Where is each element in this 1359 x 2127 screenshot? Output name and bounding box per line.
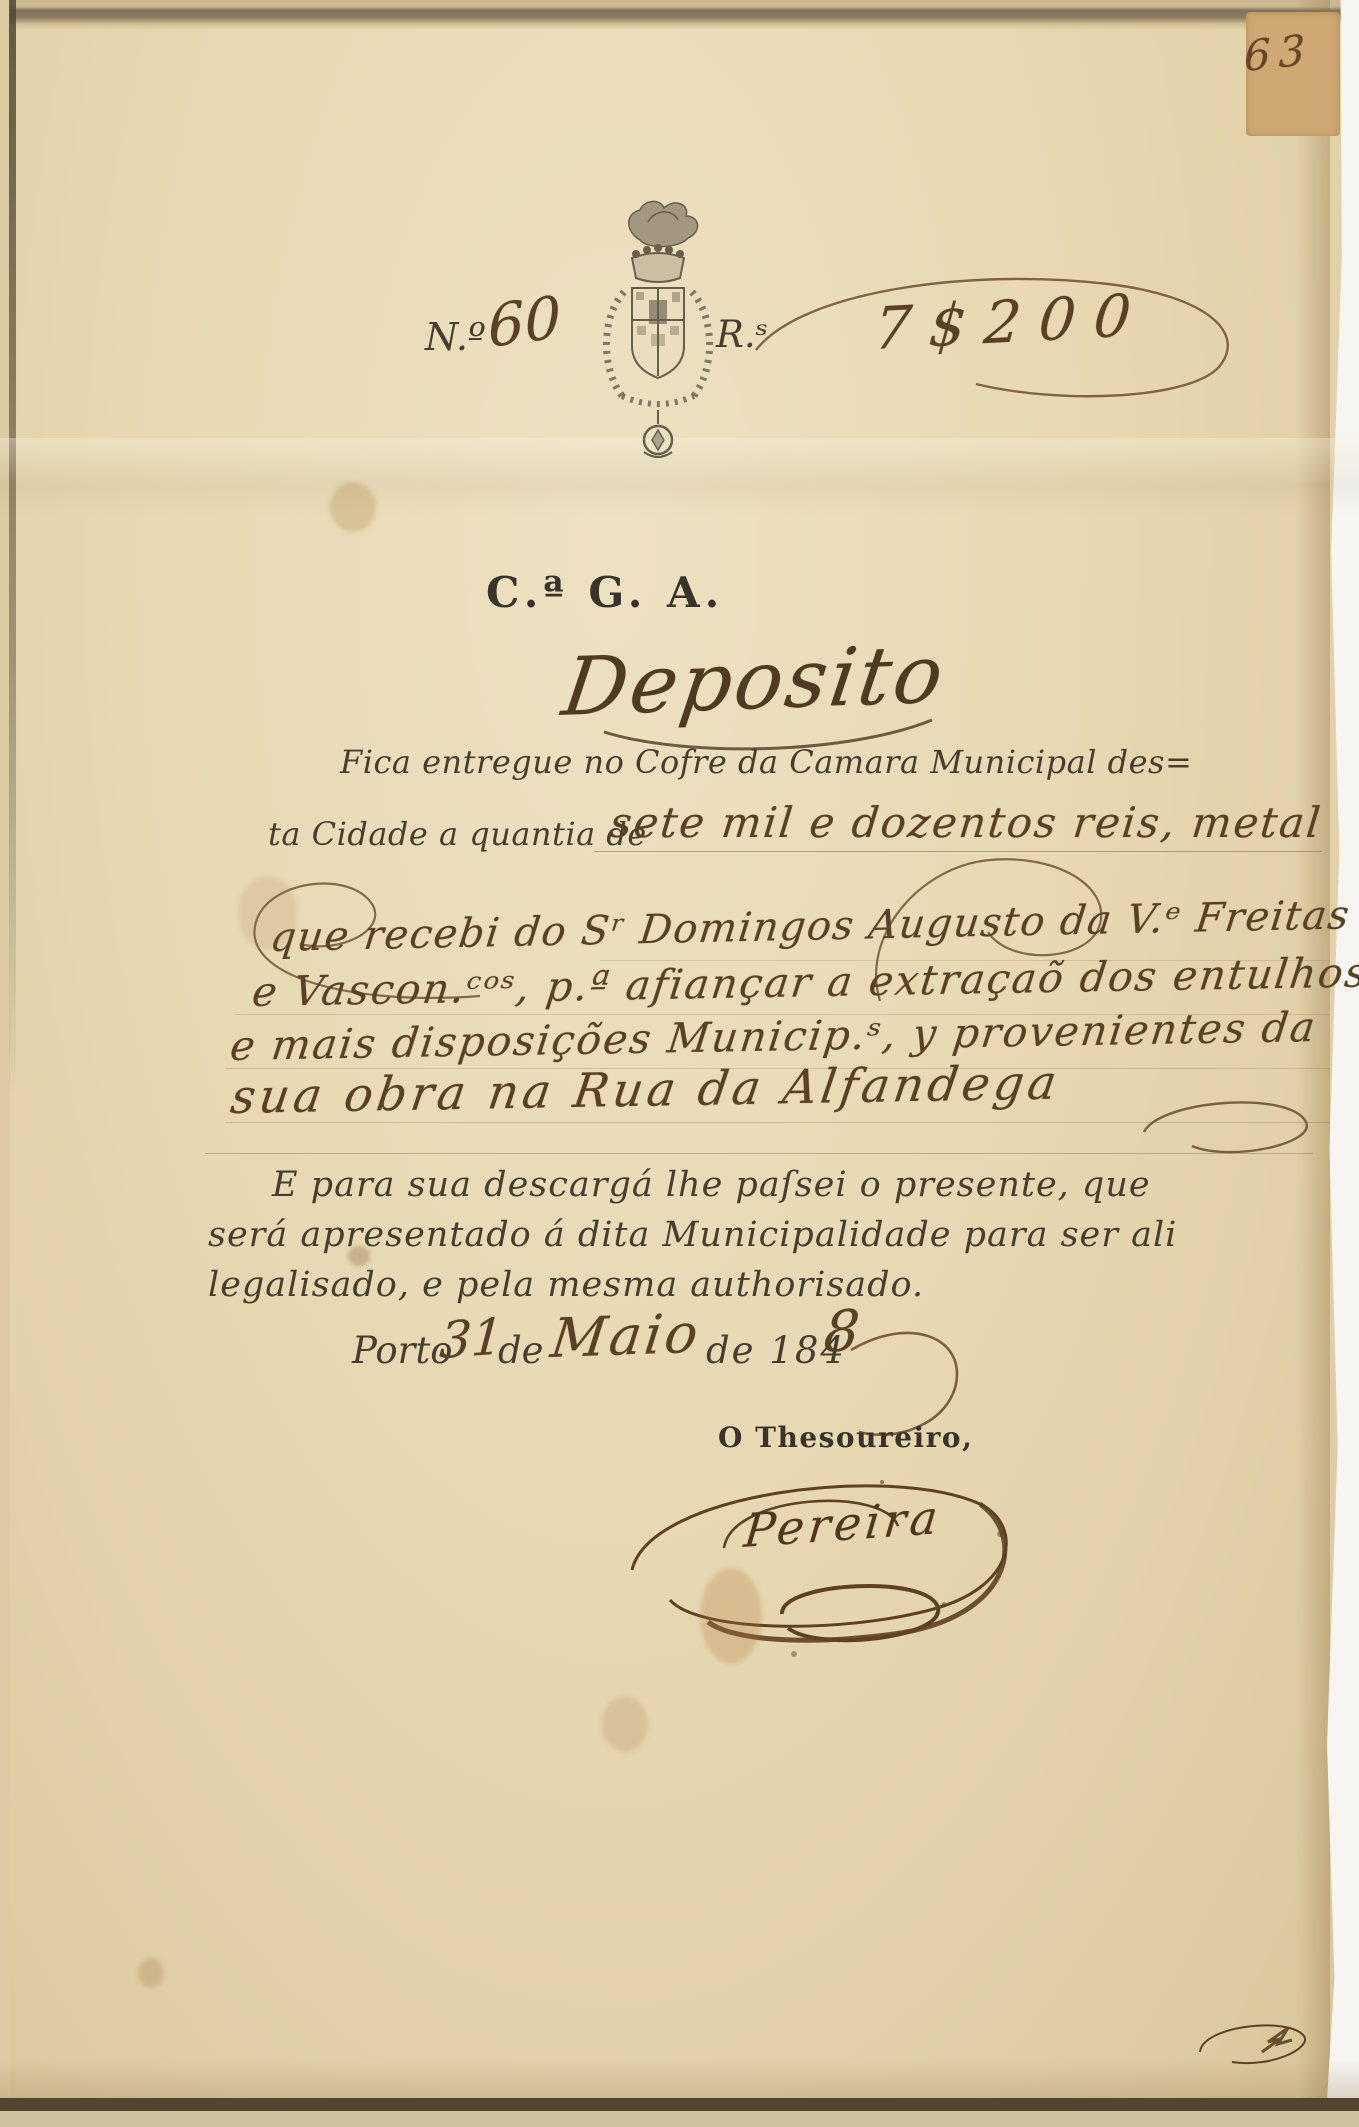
treasurer-label: O Thesoureiro,	[718, 1424, 973, 1452]
date-de-1: de	[498, 1332, 544, 1369]
scan-edge-top	[0, 0, 1359, 30]
stain-spot-3	[348, 1246, 370, 1266]
handwritten-line-3: e mais disposições Municip.ˢ, y provenie…	[228, 1007, 1319, 1067]
handwriting-flourish-end	[1140, 1082, 1315, 1162]
amount-figures: 7$200	[872, 285, 1151, 358]
company-heading: C.ª G. A.	[486, 572, 724, 614]
date-month: Maio	[548, 1307, 704, 1366]
closing-line-3: legalisado, e pela mesma authorisado.	[208, 1268, 924, 1303]
amount-in-words: sete mil e dozentos reis, metal	[608, 802, 1324, 844]
stain-spot-2	[238, 876, 298, 950]
ink-specks	[880, 1480, 884, 1484]
stain-spot-1	[330, 482, 376, 532]
scan-edge-right-shadow	[1296, 0, 1330, 2127]
scan-edge-bottom-strip	[0, 2111, 1359, 2127]
rubric-mark	[1192, 2012, 1317, 2072]
signature-flourish	[612, 1450, 1022, 1685]
stain-spot-5	[602, 1696, 648, 1752]
scan-edge-left-line	[9, 0, 16, 1100]
scan-edge-bottom-shade	[0, 2058, 1359, 2098]
stain-spot-6	[138, 1958, 164, 1988]
doc-number-value: 60	[487, 287, 562, 356]
folio-number: 63	[1244, 29, 1313, 78]
intro-line-1: Fica entregue no Cofre da Camara Municip…	[340, 746, 1192, 778]
closing-line-1: E para sua descargá lhe paſsei o present…	[272, 1168, 1151, 1203]
doc-number-label: N.º	[425, 318, 486, 356]
intro-line-2: ta Cidade a quantia de	[268, 818, 647, 850]
scan-edge-bottom-line	[0, 2098, 1359, 2111]
date-day: 31	[438, 1311, 505, 1366]
handwritten-line-4: sua obra na Rua da Alfandega	[228, 1059, 1063, 1121]
coat-of-arms-emblem	[588, 196, 728, 474]
closing-rule	[205, 1153, 1313, 1154]
document-page: 63	[0, 0, 1359, 2127]
signature-name: Pereira	[742, 1494, 944, 1554]
stain-spot-4	[700, 1568, 762, 1664]
